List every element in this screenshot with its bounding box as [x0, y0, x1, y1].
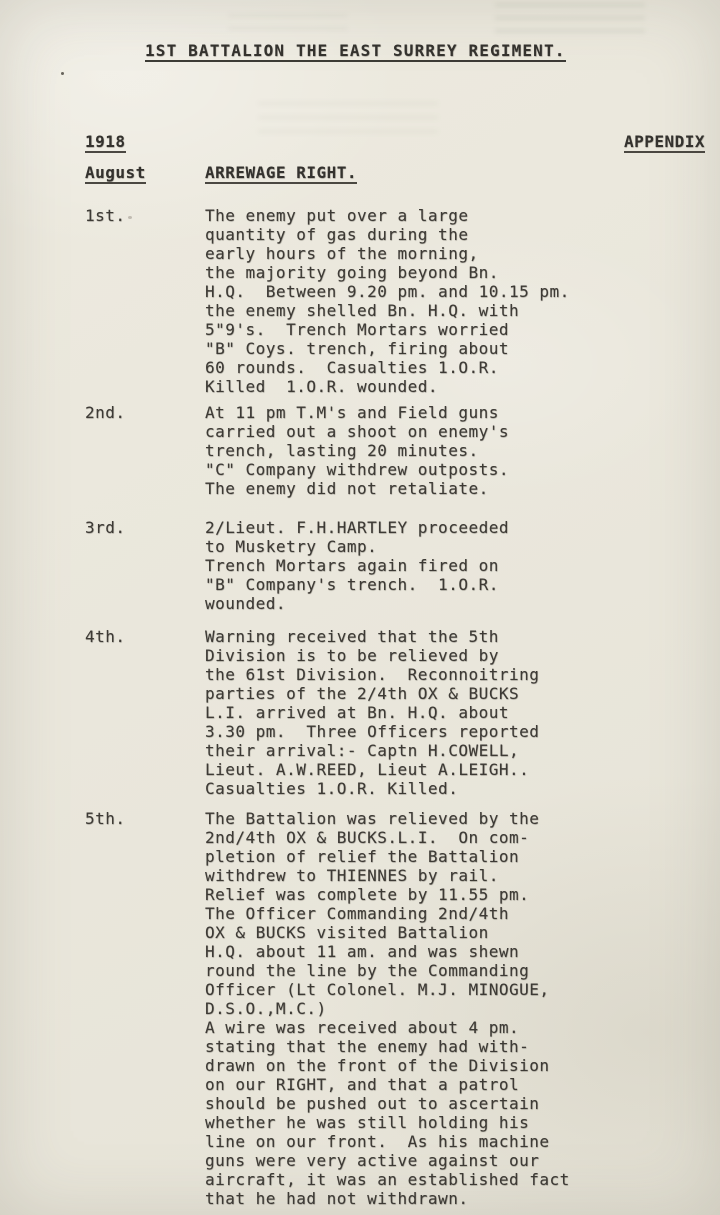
diary-entry-aug-2: 2nd. At 11 pm T.M's and Field guns carri… [85, 403, 660, 498]
location-heading: ARREWAGE RIGHT. [205, 163, 357, 184]
diary-entry-aug-3: 3rd. 2/Lieut. F.H.HARTLEY proceeded to M… [85, 518, 660, 613]
year-label: 1918 [85, 132, 126, 153]
entry-date: 3rd. [85, 518, 126, 537]
bleed-through-mark [258, 92, 438, 144]
appendix-label: APPENDIX [624, 132, 705, 153]
bleed-through-mark [228, 6, 348, 40]
entry-body: The Battalion was relieved by the 2nd/4t… [205, 809, 660, 1208]
entry-body: 2/Lieut. F.H.HARTLEY proceeded to Musket… [205, 518, 660, 613]
month-label: August [85, 163, 146, 184]
page-title: 1ST BATTALION THE EAST SURREY REGIMENT. [145, 41, 566, 62]
entry-date: 4th. [85, 627, 126, 646]
entry-date: 1st. [85, 206, 126, 225]
paper-speck [61, 72, 64, 75]
entry-date: 2nd. [85, 403, 126, 422]
diary-entry-aug-1: 1st. The enemy put over a large quantity… [85, 206, 660, 396]
bleed-through-mark [495, 0, 645, 42]
diary-entry-aug-4: 4th. Warning received that the 5th Divis… [85, 627, 660, 798]
war-diary-page: 1ST BATTALION THE EAST SURREY REGIMENT. … [0, 0, 720, 1215]
entry-body: Warning received that the 5th Division i… [205, 627, 660, 798]
entry-body: The enemy put over a large quantity of g… [205, 206, 660, 396]
entry-date: 5th. [85, 809, 126, 828]
entry-body: At 11 pm T.M's and Field guns carried ou… [205, 403, 660, 498]
diary-entry-aug-5: 5th. The Battalion was relieved by the 2… [85, 809, 660, 1208]
